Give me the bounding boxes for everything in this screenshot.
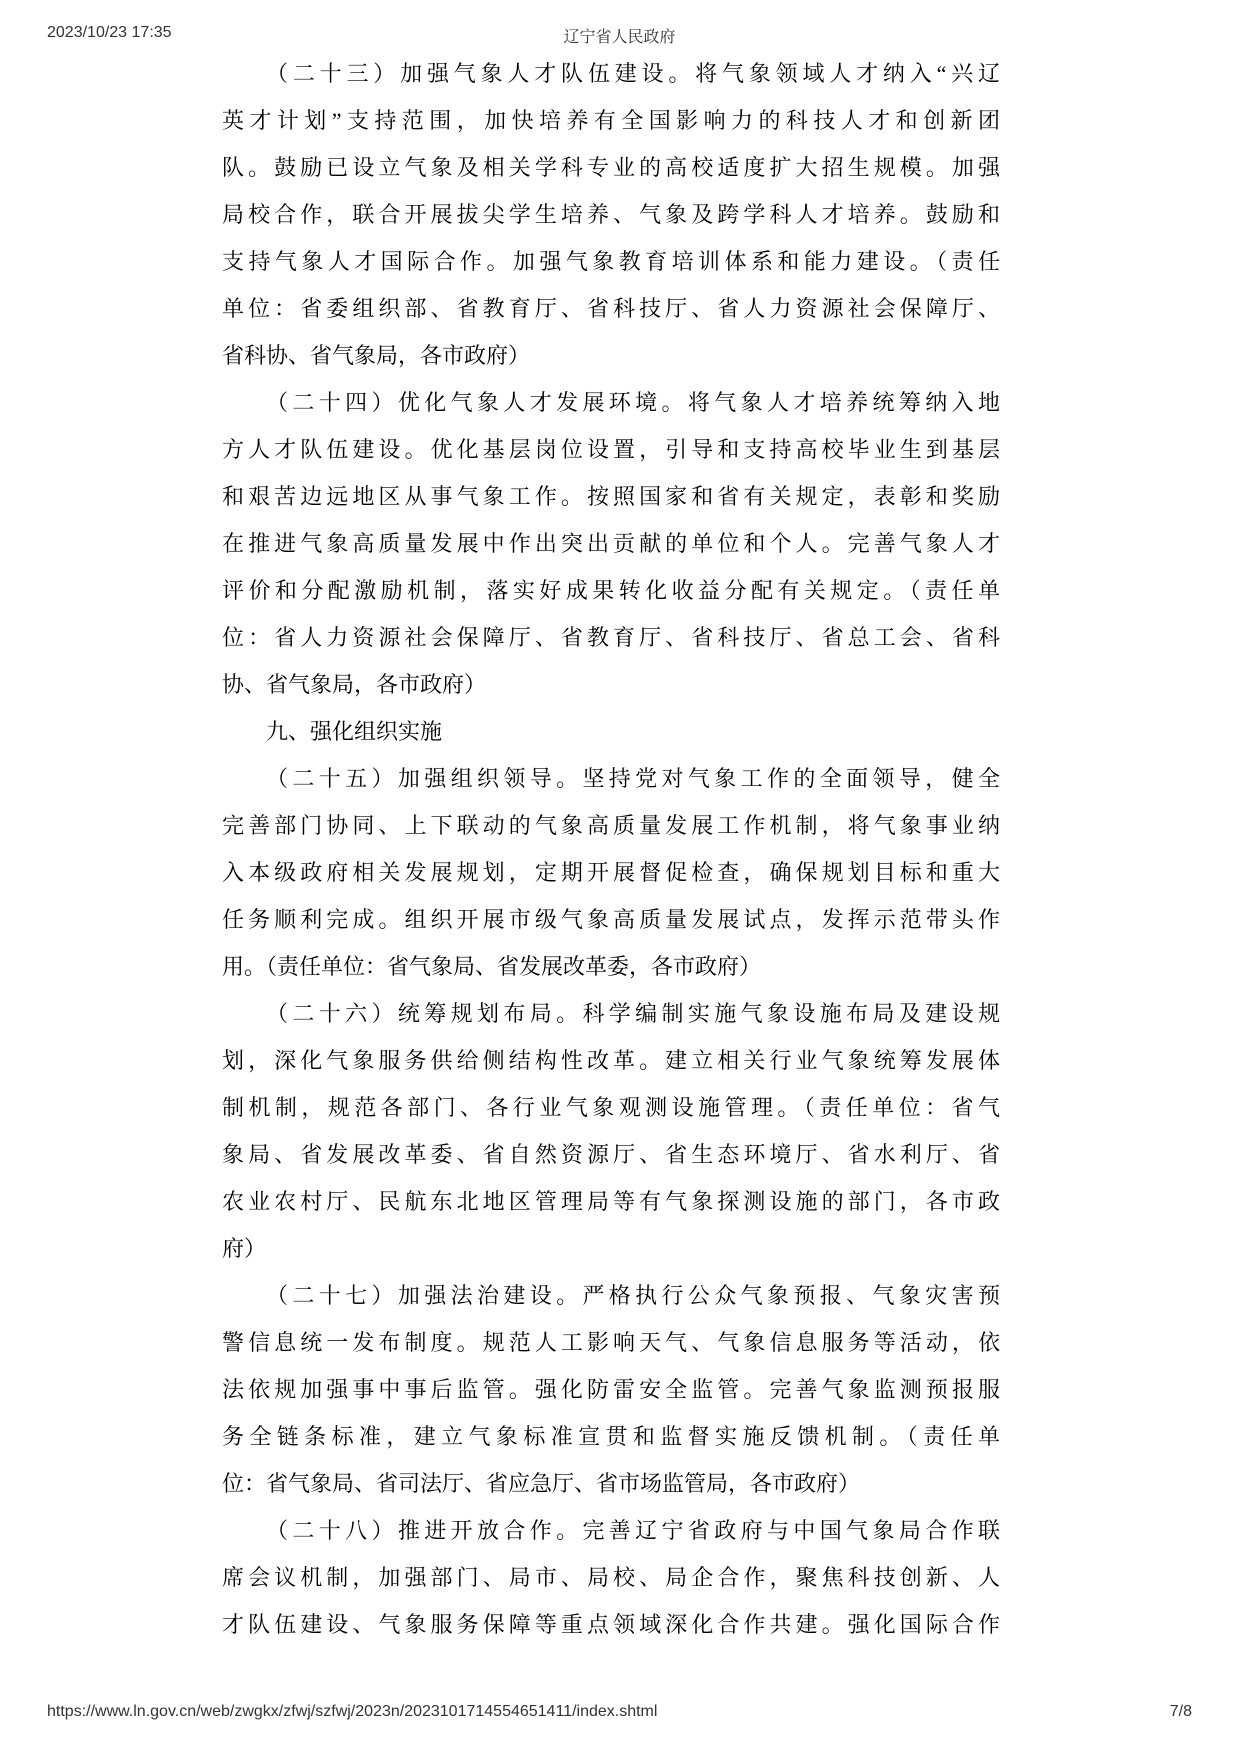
text-line: 队。鼓励已设立气象及相关学科专业的高校适度扩大招生规模。加强 — [222, 144, 1000, 191]
text-line: 任务顺利完成。组织开展市级气象高质量发展试点，发挥示范带头作 — [222, 896, 1000, 943]
text-line: 法依规加强事中事后监管。强化防雷安全监管。完善气象监测预报服 — [222, 1366, 1000, 1413]
text-line: （二十三）加强气象人才队伍建设。将气象领域人才纳入“兴辽 — [222, 50, 1000, 97]
page-title: 辽宁省人民政府 — [0, 24, 1239, 47]
text-line: 方人才队伍建设。优化基层岗位设置，引导和支持高校毕业生到基层 — [222, 426, 1000, 473]
text-line: （二十七）加强法治建设。严格执行公众气象预报、气象灾害预 — [222, 1272, 1000, 1319]
text-line: 才队伍建设、气象服务保障等重点领域深化合作共建。强化国际合作 — [222, 1601, 1000, 1648]
source-url: https://www.ln.gov.cn/web/zwgkx/zfwj/szf… — [47, 1703, 657, 1721]
text-line: 制机制，规范各部门、各行业气象观测设施管理。（责任单位：省气 — [222, 1084, 1000, 1131]
text-line: 和艰苦边远地区从事气象工作。按照国家和省有关规定，表彰和奖励 — [222, 473, 1000, 520]
text-line: （二十五）加强组织领导。坚持党对气象工作的全面领导，健全 — [222, 755, 1000, 802]
text-line: 完善部门协同、上下联动的气象高质量发展工作机制，将气象事业纳 — [222, 802, 1000, 849]
text-line: （二十六）统筹规划布局。科学编制实施气象设施布局及建设规 — [222, 990, 1000, 1037]
text-line: 务全链条标准，建立气象标准宣贯和监督实施反馈机制。（责任单 — [222, 1413, 1000, 1460]
text-line: 划，深化气象服务供给侧结构性改革。建立相关行业气象统筹发展体 — [222, 1037, 1000, 1084]
text-line: 英才计划”支持范围，加快培养有全国影响力的科技人才和创新团 — [222, 97, 1000, 144]
page-number: 7/8 — [1170, 1703, 1192, 1721]
text-line: 在推进气象高质量发展中作出突出贡献的单位和个人。完善气象人才 — [222, 520, 1000, 567]
text-line: 象局、省发展改革委、省自然资源厅、省生态环境厅、省水利厅、省 — [222, 1131, 1000, 1178]
document-body: （二十三）加强气象人才队伍建设。将气象领域人才纳入“兴辽英才计划”支持范围，加快… — [222, 50, 1000, 1648]
text-line: 警信息统一发布制度。规范人工影响天气、气象信息服务等活动，依 — [222, 1319, 1000, 1366]
text-line: 评价和分配激励机制，落实好成果转化收益分配有关规定。（责任单 — [222, 567, 1000, 614]
text-line: 单位：省委组织部、省教育厅、省科技厅、省人力资源社会保障厅、 — [222, 285, 1000, 332]
text-line: 九、强化组织实施 — [222, 708, 1000, 755]
printed-page: 2023/10/23 17:35 辽宁省人民政府 （二十三）加强气象人才队伍建设… — [0, 0, 1239, 1754]
text-line: 协、省气象局，各市政府） — [222, 661, 1000, 708]
text-line: （二十八）推进开放合作。完善辽宁省政府与中国气象局合作联 — [222, 1507, 1000, 1554]
text-line: 支持气象人才国际合作。加强气象教育培训体系和能力建设。（责任 — [222, 238, 1000, 285]
text-line: 农业农村厅、民航东北地区管理局等有气象探测设施的部门，各市政 — [222, 1178, 1000, 1225]
text-line: 府） — [222, 1225, 1000, 1272]
text-line: 省科协、省气象局，各市政府） — [222, 332, 1000, 379]
text-line: 席会议机制，加强部门、局市、局校、局企合作，聚焦科技创新、人 — [222, 1554, 1000, 1601]
text-line: 位：省气象局、省司法厅、省应急厅、省市场监管局，各市政府） — [222, 1460, 1000, 1507]
text-line: 位：省人力资源社会保障厅、省教育厅、省科技厅、省总工会、省科 — [222, 614, 1000, 661]
text-line: 用。（责任单位：省气象局、省发展改革委，各市政府） — [222, 943, 1000, 990]
text-line: 局校合作，联合开展拔尖学生培养、气象及跨学科人才培养。鼓励和 — [222, 191, 1000, 238]
text-line: 入本级政府相关发展规划，定期开展督促检查，确保规划目标和重大 — [222, 849, 1000, 896]
text-line: （二十四）优化气象人才发展环境。将气象人才培养统筹纳入地 — [222, 379, 1000, 426]
